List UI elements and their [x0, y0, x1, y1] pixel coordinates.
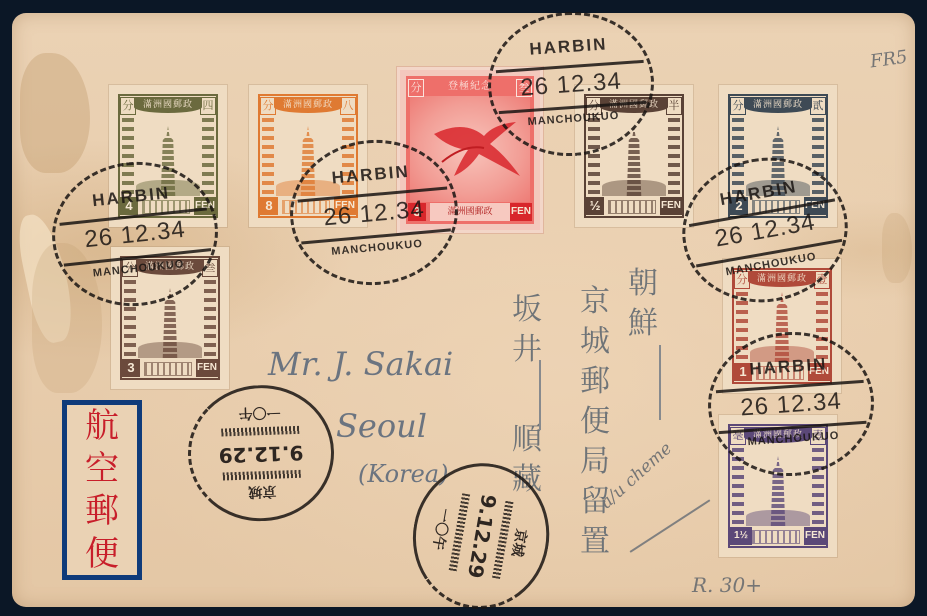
stamp-value: 8 [260, 197, 278, 215]
stamp-title: 滿洲國郵政 [744, 97, 812, 113]
address-jp-char: 城 [580, 322, 610, 362]
address-jp-char: 坂 [512, 290, 542, 330]
postmark-office: 京城 [192, 480, 333, 505]
meander-border [608, 200, 656, 214]
stamp-corner-right: 四 [200, 97, 216, 115]
postmark-city: HARBIN [708, 352, 869, 383]
grain-pillar-icon [262, 118, 274, 196]
postmark-date: 26 12.34 [710, 386, 872, 425]
postmark-city: HARBIN [488, 32, 649, 63]
address-jp-char: 留 [580, 482, 610, 522]
grain-pillar-icon [668, 118, 680, 196]
address-jp-char: 鮮 [628, 304, 658, 344]
stain [20, 53, 90, 173]
airmail-char: 航 [85, 407, 119, 445]
brush-stroke [659, 345, 661, 420]
address-jp-char: 便 [580, 402, 610, 442]
meander-border [144, 362, 192, 376]
address-jp-column-name: 坂井順藏 [512, 290, 542, 500]
stamp-unit: FEN [804, 527, 826, 545]
address-jp-char: 京 [580, 282, 610, 322]
airmail-char: 郵 [85, 492, 119, 530]
address-jp-char: 郵 [580, 362, 610, 402]
address-jp-column-post-office: 京城郵便局留置 [580, 282, 610, 562]
pencil-note-fr5: FR5 [869, 46, 909, 72]
stamp-corner-right: 八 [340, 97, 356, 115]
address-jp-char: 朝 [628, 264, 658, 304]
stamp-unit: FEN [510, 203, 532, 221]
stain [882, 213, 912, 283]
address-jp-column-korea: 朝鮮 [628, 264, 658, 344]
stamp-value: 3 [122, 359, 140, 377]
address-jp-char: 井 [512, 330, 542, 370]
postmark-comb [222, 470, 301, 481]
stamp-title: 滿洲國郵政 [274, 97, 342, 113]
stamp-title: 滿洲國郵政 [134, 97, 202, 113]
meander-border [752, 530, 800, 544]
brush-stroke [539, 360, 541, 430]
stamp-corner-right: 半 [666, 97, 682, 115]
grain-pillar-icon [204, 280, 216, 358]
stamp-value: ½ [586, 197, 604, 215]
pencil-note-price: R. 30+ [692, 573, 762, 597]
airmail-char: 空 [85, 450, 119, 488]
airmail-char: 便 [85, 535, 119, 573]
address-name: Mr. J. Sakai [268, 345, 453, 383]
postmark-comb [221, 426, 300, 437]
address-jp-char: 置 [580, 522, 610, 562]
airmail-label: 航空郵便 [62, 400, 142, 580]
address-jp-char: 順 [512, 420, 542, 460]
address-jp-char: 局 [580, 442, 610, 482]
postmark-date: 26 12.34 [490, 66, 652, 105]
stamp-corner-left: 分 [408, 79, 424, 97]
postmark-date: 9.12.29 [191, 440, 332, 469]
stamp-corner-right: 貳 [810, 97, 826, 115]
pencil-underline [630, 499, 710, 552]
stamp-value: 1½ [730, 527, 752, 545]
postmark-time: 一〇午 [189, 401, 330, 426]
stamp-unit: FEN [196, 359, 218, 377]
address-city: Seoul [336, 407, 427, 445]
